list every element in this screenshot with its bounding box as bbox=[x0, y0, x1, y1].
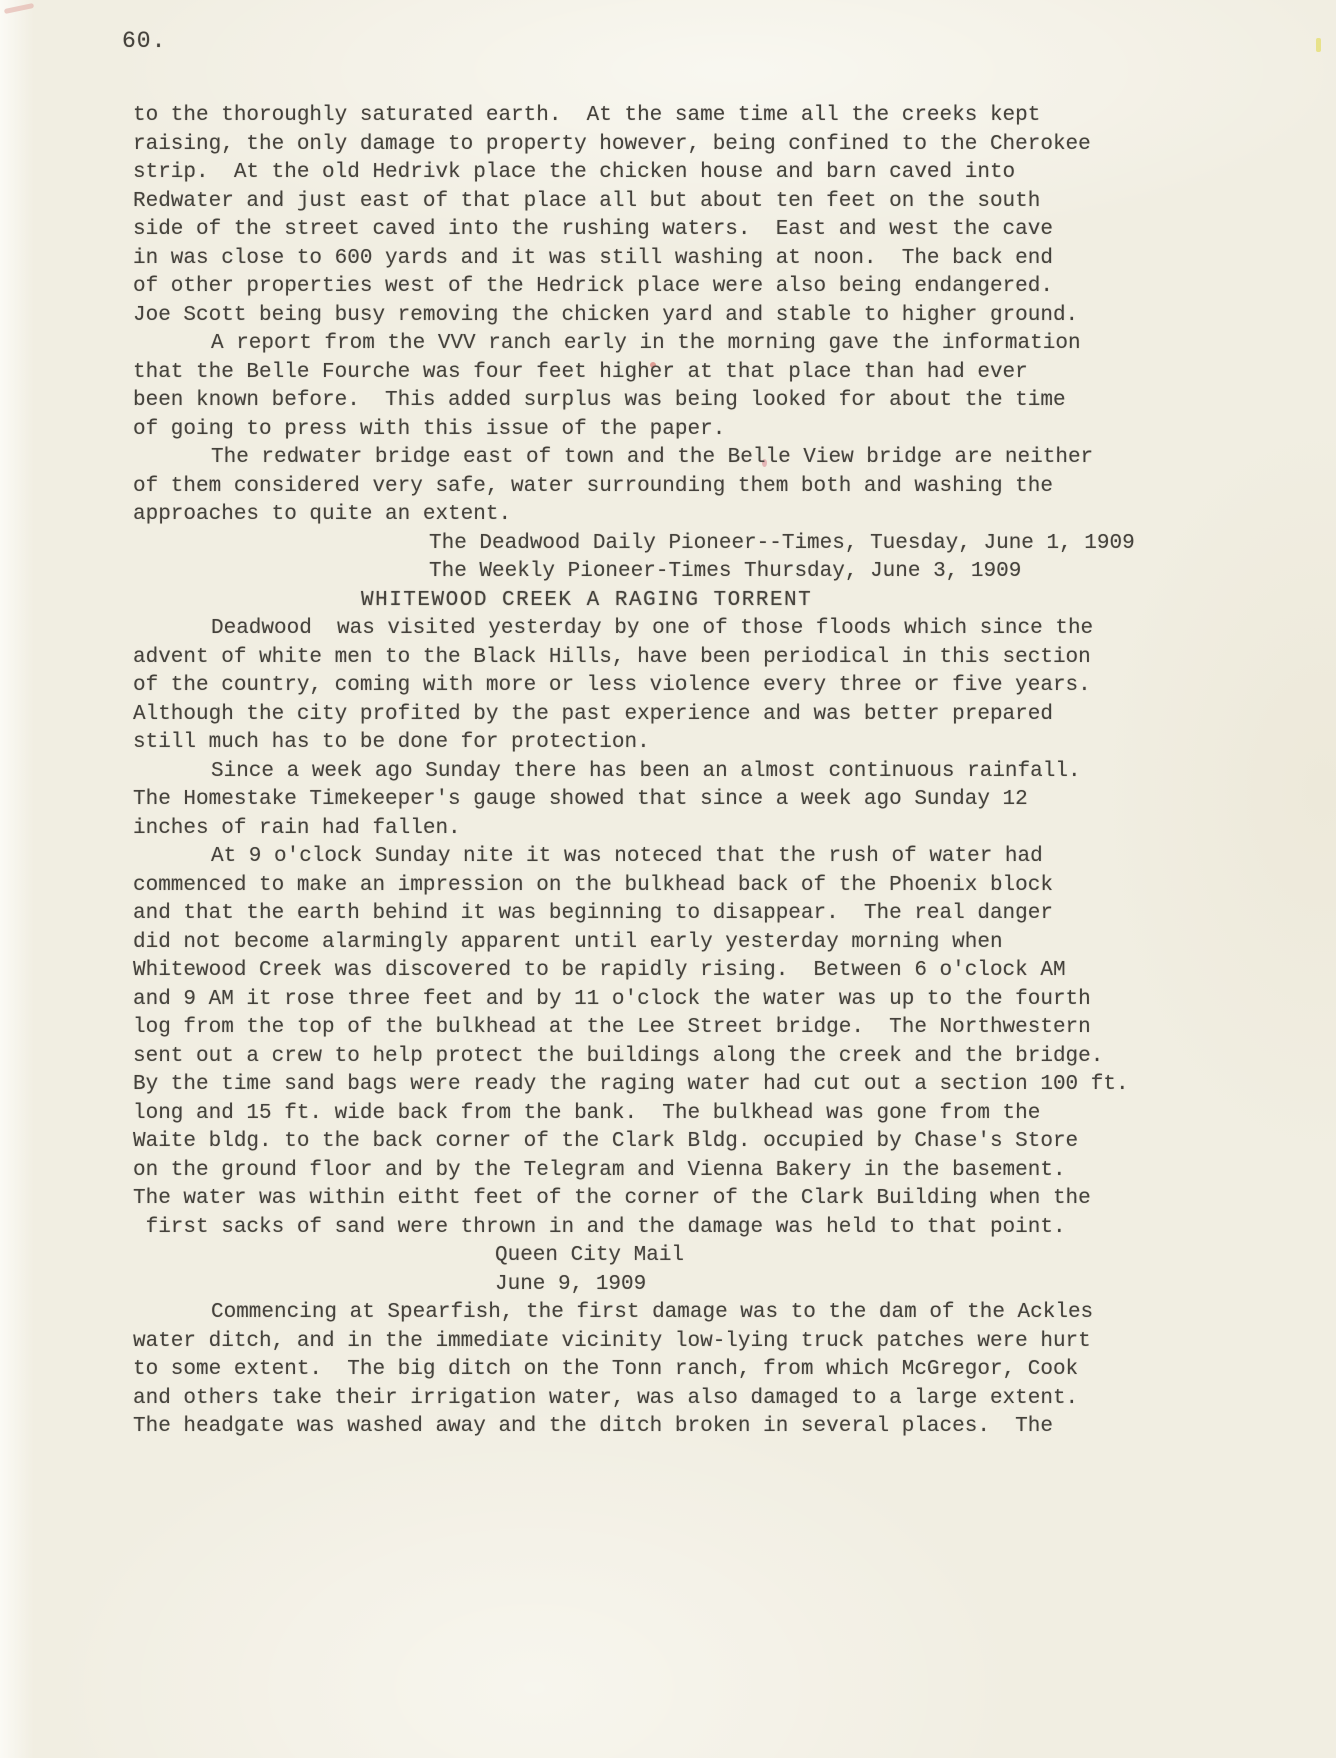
page-number: 60. bbox=[122, 28, 166, 54]
paragraph-spearfish-damage: Commencing at Spearfish, the first damag… bbox=[133, 1299, 1273, 1442]
source-citation-queen-city-mail: Queen City Mail June 9, 1909 bbox=[495, 1242, 1273, 1299]
scanned-document-page: 60. to the thoroughly saturated earth. A… bbox=[0, 0, 1336, 1758]
scan-artifact bbox=[4, 3, 34, 14]
paragraph-continuation-saturated-earth: to the thoroughly saturated earth. At th… bbox=[133, 102, 1273, 330]
paragraph-bulkhead-phoenix-block: At 9 o'clock Sunday nite it was noteced … bbox=[133, 843, 1273, 1242]
paragraph-redwater-bridge: The redwater bridge east of town and the… bbox=[133, 444, 1273, 530]
paragraph-continuous-rainfall: Since a week ago Sunday there has been a… bbox=[133, 758, 1273, 844]
source-citation-pioneer-times: The Deadwood Daily Pioneer--Times, Tuesd… bbox=[429, 530, 1273, 587]
document-body: to the thoroughly saturated earth. At th… bbox=[133, 102, 1273, 1442]
paragraph-deadwood-flood: Deadwood was visited yesterday by one of… bbox=[133, 615, 1273, 758]
paragraph-vvv-ranch-report: A report from the VVV ranch early in the… bbox=[133, 330, 1273, 444]
article-heading-whitewood-creek: WHITEWOOD CREEK A RAGING TORRENT bbox=[361, 587, 1273, 616]
scan-artifact bbox=[1316, 38, 1321, 52]
